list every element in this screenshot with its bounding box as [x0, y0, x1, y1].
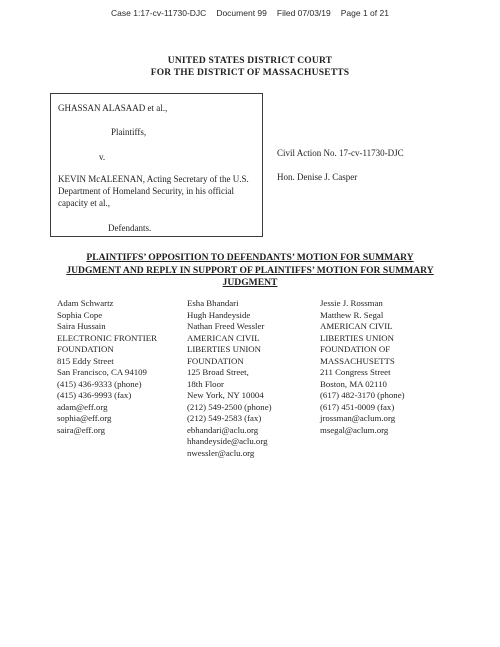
- ecf-stamp-part: Case 1:17-cv-11730-DJC: [111, 8, 206, 18]
- counsel-line: ebhandari@aclu.org: [187, 425, 318, 437]
- counsel-line: (617) 451-0009 (fax): [320, 402, 450, 414]
- document-title-line: JUDGMENT AND REPLY IN SUPPORT OF PLAINTI…: [30, 265, 470, 278]
- counsel-line: New York, NY 10004: [187, 390, 318, 402]
- ecf-stamp-part: Page 1 of 21: [341, 8, 389, 18]
- counsel-line: Esha Bhandari: [187, 298, 318, 310]
- ecf-header-stamp: Case 1:17-cv-11730-DJCDocument 99Filed 0…: [0, 8, 500, 18]
- defendant-name: KEVIN McALEENAN, Acting Secretary of the…: [58, 173, 256, 209]
- counsel-line: San Francisco, CA 94109: [57, 367, 185, 379]
- counsel-line: FOUNDATION OF: [320, 344, 450, 356]
- case-caption-box: GHASSAN ALASAAD et al., Plaintiffs, v. K…: [50, 93, 263, 237]
- counsel-line: hhandeyside@aclu.org: [187, 436, 318, 448]
- plaintiff-name: GHASSAN ALASAAD et al.,: [58, 102, 262, 114]
- defendant-label: Defendants.: [108, 222, 262, 234]
- counsel-line: AMERICAN CIVIL: [320, 321, 450, 333]
- court-heading: UNITED STATES DISTRICT COURT FOR THE DIS…: [0, 55, 500, 79]
- presiding-judge: Hon. Denise J. Casper: [277, 171, 404, 183]
- counsel-line: (212) 549-2583 (fax): [187, 413, 318, 425]
- counsel-line: Hugh Handeyside: [187, 310, 318, 322]
- docket-info: Civil Action No. 17-cv-11730-DJC Hon. De…: [277, 147, 404, 183]
- counsel-line: LIBERTIES UNION: [187, 344, 318, 356]
- counsel-line: adam@eff.org: [57, 402, 185, 414]
- counsel-line: Sophia Cope: [57, 310, 185, 322]
- counsel-line: jrossman@aclum.org: [320, 413, 450, 425]
- counsel-line: (617) 482-3170 (phone): [320, 390, 450, 402]
- ecf-stamp-part: Filed 07/03/19: [277, 8, 331, 18]
- document-title: PLAINTIFFS’ OPPOSITION TO DEFENDANTS’ MO…: [30, 252, 470, 290]
- counsel-line: msegal@aclum.org: [320, 425, 450, 437]
- counsel-line: FOUNDATION: [187, 356, 318, 368]
- document-title-line: PLAINTIFFS’ OPPOSITION TO DEFENDANTS’ MO…: [30, 252, 470, 265]
- versus-label: v.: [99, 151, 262, 163]
- counsel-line: AMERICAN CIVIL: [187, 333, 318, 345]
- counsel-line: Jessie J. Rossman: [320, 298, 450, 310]
- counsel-line: ELECTRONIC FRONTIER: [57, 333, 185, 345]
- counsel-line: (415) 436-9993 (fax): [57, 390, 185, 402]
- counsel-line: Saira Hussain: [57, 321, 185, 333]
- counsel-line: saira@eff.org: [57, 425, 185, 437]
- counsel-line: 125 Broad Street,: [187, 367, 318, 379]
- counsel-line: nwessler@aclu.org: [187, 448, 318, 460]
- counsel-line: (212) 549-2500 (phone): [187, 402, 318, 414]
- document-title-line: JUDGMENT: [30, 277, 470, 290]
- ecf-stamp-part: Document 99: [216, 8, 267, 18]
- counsel-line: Boston, MA 02110: [320, 379, 450, 391]
- counsel-column-aclu-mass: Jessie J. RossmanMatthew R. SegalAMERICA…: [320, 298, 450, 436]
- plaintiff-label: Plaintiffs,: [111, 126, 262, 138]
- civil-action-number: Civil Action No. 17-cv-11730-DJC: [277, 147, 404, 159]
- counsel-line: Nathan Freed Wessler: [187, 321, 318, 333]
- counsel-line: 815 Eddy Street: [57, 356, 185, 368]
- court-heading-line1: UNITED STATES DISTRICT COURT: [0, 55, 500, 67]
- counsel-column-eff: Adam SchwartzSophia CopeSaira HussainELE…: [57, 298, 185, 436]
- counsel-line: Matthew R. Segal: [320, 310, 450, 322]
- document-page: Case 1:17-cv-11730-DJCDocument 99Filed 0…: [0, 0, 500, 647]
- counsel-line: Adam Schwartz: [57, 298, 185, 310]
- counsel-line: sophia@eff.org: [57, 413, 185, 425]
- counsel-line: 18th Floor: [187, 379, 318, 391]
- counsel-line: LIBERTIES UNION: [320, 333, 450, 345]
- counsel-line: (415) 436-9333 (phone): [57, 379, 185, 391]
- counsel-line: 211 Congress Street: [320, 367, 450, 379]
- counsel-column-aclu: Esha BhandariHugh HandeysideNathan Freed…: [187, 298, 318, 459]
- counsel-line: MASSACHUSETTS: [320, 356, 450, 368]
- court-heading-line2: FOR THE DISTRICT OF MASSACHUSETTS: [0, 67, 500, 79]
- counsel-line: FOUNDATION: [57, 344, 185, 356]
